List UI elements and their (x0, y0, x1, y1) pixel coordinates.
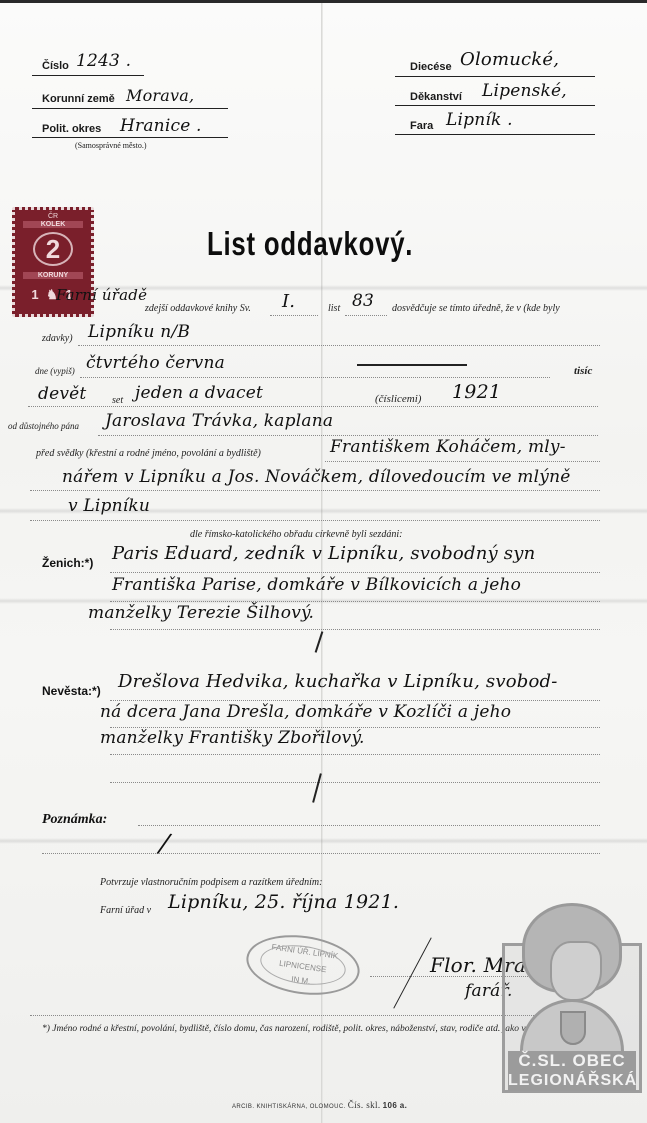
witnesses-label: před svědky (křestní a rodné jméno, povo… (36, 448, 261, 459)
form-number: 106 a. (383, 1101, 408, 1110)
dekanstvi-value: Lipenské, (482, 81, 567, 101)
groom-line2: Františka Parise, domkáře v Bílkovicích … (112, 575, 521, 595)
diecese-label: Diecése (410, 61, 452, 73)
dotted-line (138, 825, 600, 826)
bride-line3: manželky Františky Zbořilový. (100, 728, 365, 748)
korunni-zeme-value: Morava, (126, 86, 194, 105)
fara-label: Fara (410, 120, 433, 132)
stamp-band-bottom: KORUNY (23, 272, 83, 279)
groom-line1: Paris Eduard, zedník v Lipníku, svobodný… (112, 543, 535, 564)
note-label: Poznámka: (42, 812, 107, 828)
form-label: Čís. skl. (348, 1100, 381, 1110)
line1-text-a: zdejší oddavkové knihy Sv. (145, 303, 251, 314)
list-value: 83 (352, 291, 374, 311)
line2-label: zdavky) (42, 333, 73, 344)
printer-imprint: ARCIB. KNIHTISKÁRNA, OLOMOUC. Čís. skl. … (232, 1100, 407, 1110)
day-value: čtvrtého června (86, 353, 225, 373)
note-value: / (158, 829, 171, 860)
dotted-line (28, 406, 598, 407)
polit-okres-value: Hranice . (120, 116, 202, 136)
bride-line1: Drešlova Hedvika, kuchařka v Lipníku, sv… (118, 671, 558, 692)
cislo-value: 1243 . (76, 51, 131, 71)
witnesses-line3: v Lipníku (68, 496, 150, 516)
printer-text: ARCIB. KNIHTISKÁRNA, OLOMOUC. (232, 1104, 346, 1110)
parish-seal: FARNÍ ÚŘ. LIPNÍK LIPNICENSE IN M. (243, 928, 364, 1001)
fara-rule (395, 134, 595, 135)
stamp-top-text: ČR (15, 213, 91, 220)
korunni-zeme-rule (32, 108, 228, 109)
diecese-value: Olomucké, (460, 49, 559, 70)
dotted-line (42, 853, 600, 854)
document-page: Číslo 1243 . Korunní země Morava, Polit.… (0, 3, 647, 1123)
line1-hand-prefix: Farní úřadě (56, 286, 147, 304)
samospravne-mesto-note: (Samosprávné město.) (75, 141, 147, 150)
dotted-line (110, 601, 600, 602)
attestation-text: Potvrzuje vlastnoručním podpisem a razít… (100, 877, 322, 888)
groom-label: Ženich:*) (42, 556, 93, 570)
dotted-line (98, 435, 598, 436)
line1-text-c: dosvědčuje se tímto úředně, že v (kde by… (392, 303, 560, 314)
legion-watermark-logo: Č.SL. OBEC LEGIONÁŘSKÁ (502, 903, 642, 1093)
dotted-line (270, 315, 318, 316)
dotted-line (325, 461, 600, 462)
diecese-rule (395, 76, 595, 77)
polit-okres-rule (32, 137, 228, 138)
dotted-line (110, 754, 600, 755)
line3-label: dne (vypiš) (35, 366, 75, 376)
document-title: List oddavkový. (207, 225, 413, 263)
coat-of-arms-icon (560, 1011, 586, 1045)
office-value: Lipníku, 25. října 1921. (168, 891, 399, 913)
dotted-line (30, 520, 600, 521)
signature-stroke (393, 937, 431, 1008)
bride-line2: ná dcera Jana Drešla, domkáře v Kozlíči … (100, 702, 511, 722)
officiant-label: od důstojného pána (8, 421, 79, 431)
cislo-label: Číslo (42, 60, 69, 72)
dotted-line (80, 377, 550, 378)
stamp-band-top: KOLEK (23, 221, 83, 228)
dotted-line (110, 782, 600, 783)
rite-text: dle římsko-katolického obřadu církevně b… (190, 529, 402, 540)
dotted-line (345, 315, 387, 316)
place-value: Lipníku n/B (88, 322, 190, 342)
officiant-value: Jaroslava Trávka, kaplana (105, 411, 333, 431)
groom-line3: manželky Terezie Šilhový. (88, 603, 314, 623)
dekanstvi-label: Děkanství (410, 91, 462, 103)
witnesses-line1: Františkem Koháčem, mly- (330, 437, 566, 457)
soldier-face-icon (550, 941, 602, 1001)
line1-text-b: list (328, 303, 340, 314)
tisic-label: tisíc (574, 365, 592, 377)
hand-dash (357, 364, 467, 366)
korunni-zeme-label: Korunní země (42, 93, 115, 105)
dotted-line (110, 700, 600, 701)
dotted-line (78, 345, 600, 346)
witnesses-line2: nářem v Lipníku a Jos. Nováčkem, díloved… (62, 467, 570, 487)
watermark-line1: Č.SL. OBEC (508, 1051, 636, 1071)
office-label: Farní úřad v (100, 905, 151, 916)
stamp-number: 2 (33, 232, 73, 266)
year-digits: 1921 (452, 381, 501, 403)
cislicemi-label: (číslicemi) (375, 393, 421, 405)
polit-okres-label: Polit. okres (42, 123, 101, 135)
dekanstvi-rule (395, 105, 595, 106)
year-words-b: jeden a dvacet (135, 383, 263, 403)
dotted-line (110, 629, 600, 630)
watermark-line2: LEGIONÁŘSKÁ (508, 1071, 636, 1091)
svazek-value: I. (282, 291, 295, 312)
fara-value: Lipník . (446, 110, 513, 130)
cislo-rule (32, 75, 144, 76)
year-words-a: devět (38, 384, 86, 404)
dotted-line (110, 572, 600, 573)
set-label: set (112, 395, 123, 406)
dotted-line (30, 490, 600, 491)
horizontal-fold (0, 838, 647, 844)
bride-label: Nevěsta:*) (42, 684, 101, 698)
